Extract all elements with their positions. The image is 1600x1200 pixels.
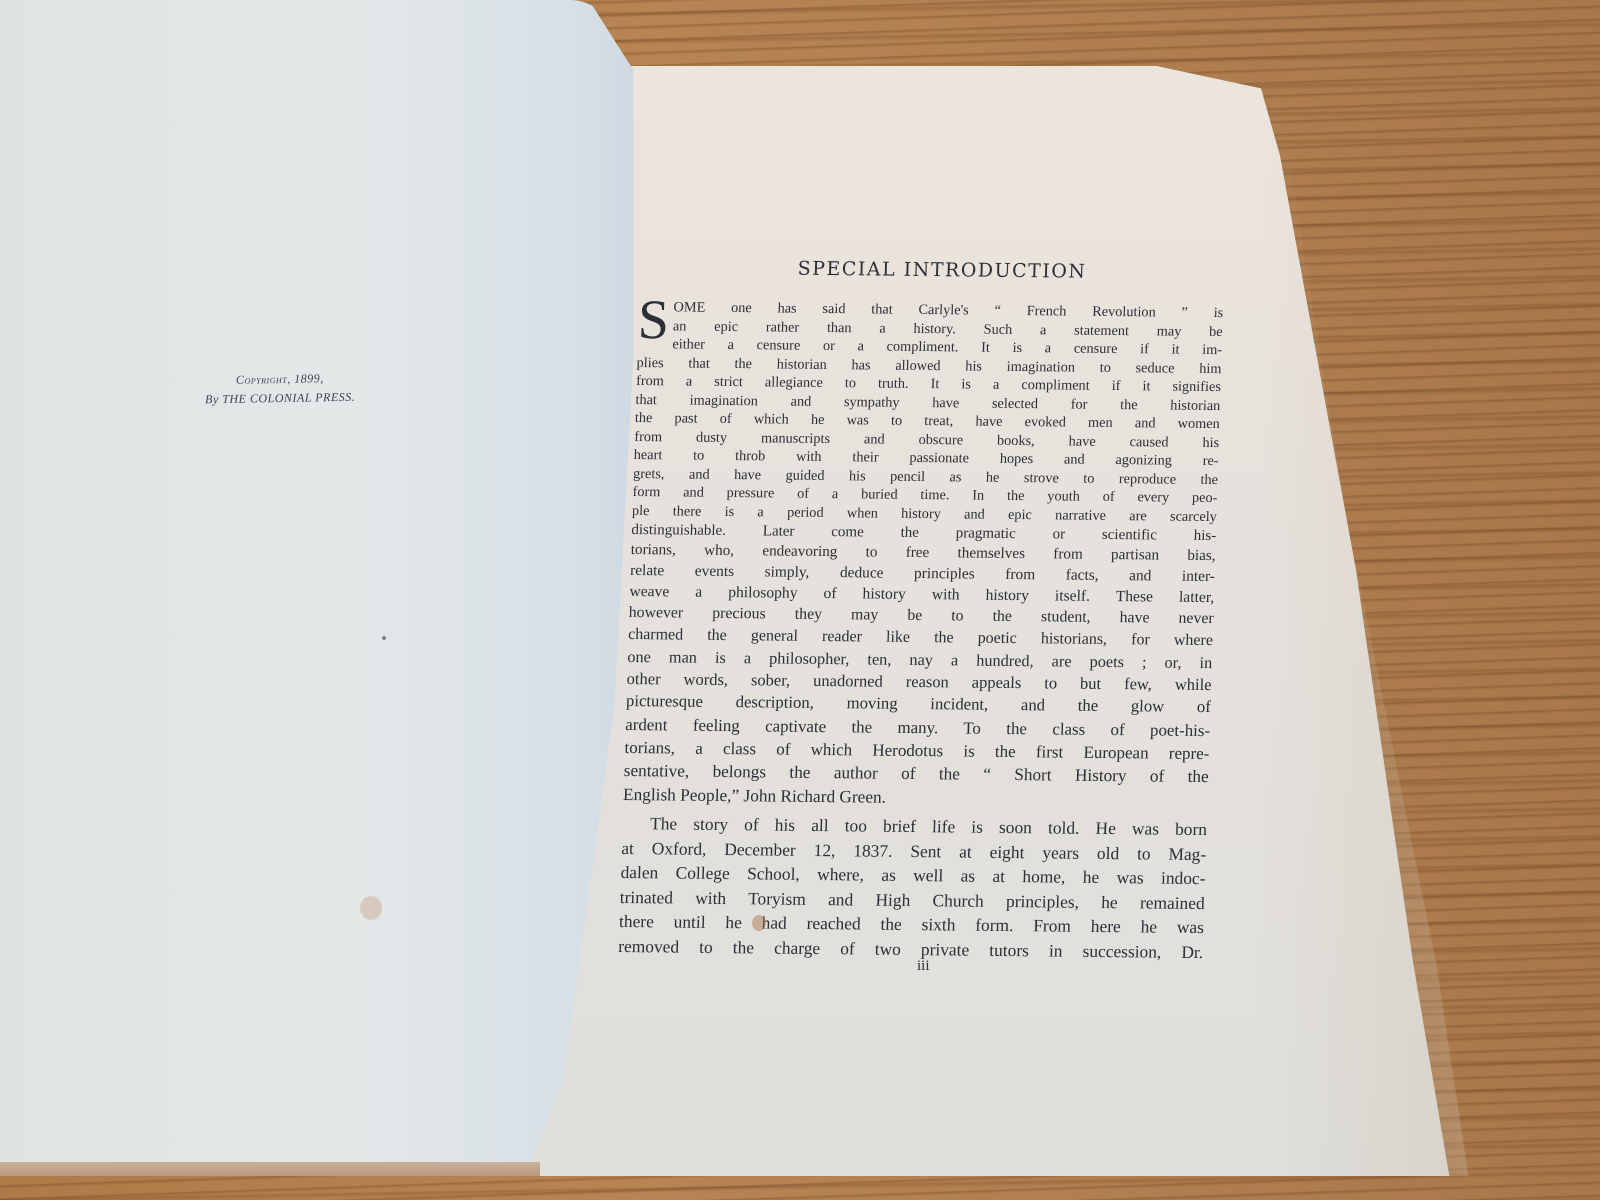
page-text-block: SPECIAL INTRODUCTION S OME one has said … <box>618 256 1225 964</box>
left-page-bottom-edge <box>0 1162 540 1176</box>
drop-cap: S <box>637 298 670 342</box>
copyright-notice: Copyright, 1899, By THE COLONIAL PRESS. <box>180 370 381 407</box>
page-title: SPECIAL INTRODUCTION <box>659 256 1225 284</box>
paragraph-1: S OME one has said that Carlyle's “ Fren… <box>623 298 1224 813</box>
copyright-line: Copyright, 1899, <box>180 370 380 388</box>
publisher-line: By THE COLONIAL PRESS. <box>180 389 380 407</box>
left-page: Copyright, 1899, By THE COLONIAL PRESS. <box>0 0 640 1176</box>
foxing-stain <box>752 915 766 931</box>
foxing-stain <box>360 896 382 920</box>
page-number: iii <box>917 958 930 975</box>
paragraph-2: The story of his all too brief life is s… <box>618 811 1207 964</box>
foxing-dot <box>382 636 386 640</box>
